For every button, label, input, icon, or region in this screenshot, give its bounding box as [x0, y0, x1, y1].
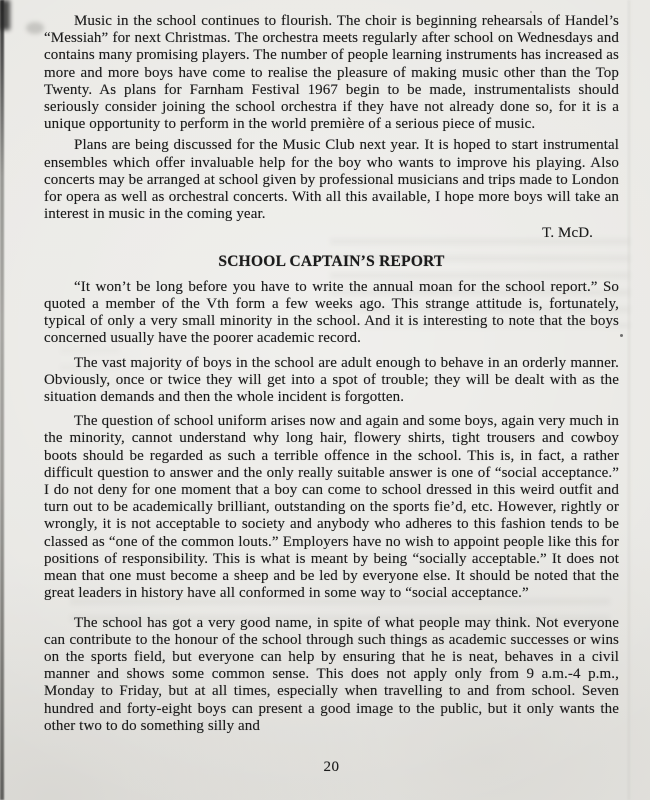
- pencil-smudge: [26, 22, 44, 34]
- scan-crease: [628, 0, 631, 800]
- ink-speck: [620, 334, 623, 337]
- music-report-paragraph: Music in the school continues to flouris…: [44, 13, 619, 133]
- scan-edge-shadow: [0, 0, 4, 800]
- scan-corner-smudge: [0, 0, 10, 30]
- page-text-column: Music in the school continues to flouris…: [44, 13, 619, 735]
- section-heading: SCHOOL CAPTAIN’S REPORT: [44, 253, 619, 270]
- captains-report-paragraph: “It won’t be long before you have to wri…: [44, 279, 619, 348]
- page-number: 20: [44, 759, 619, 776]
- music-report-paragraph: Plans are being discussed for the Music …: [44, 137, 619, 223]
- captains-report-paragraph: The school has got a very good name, in …: [44, 615, 619, 735]
- captains-report-paragraph: The question of school uniform arises no…: [44, 413, 619, 602]
- author-signature: T. McD.: [44, 225, 619, 242]
- captains-report-paragraph: The vast majority of boys in the school …: [44, 355, 619, 407]
